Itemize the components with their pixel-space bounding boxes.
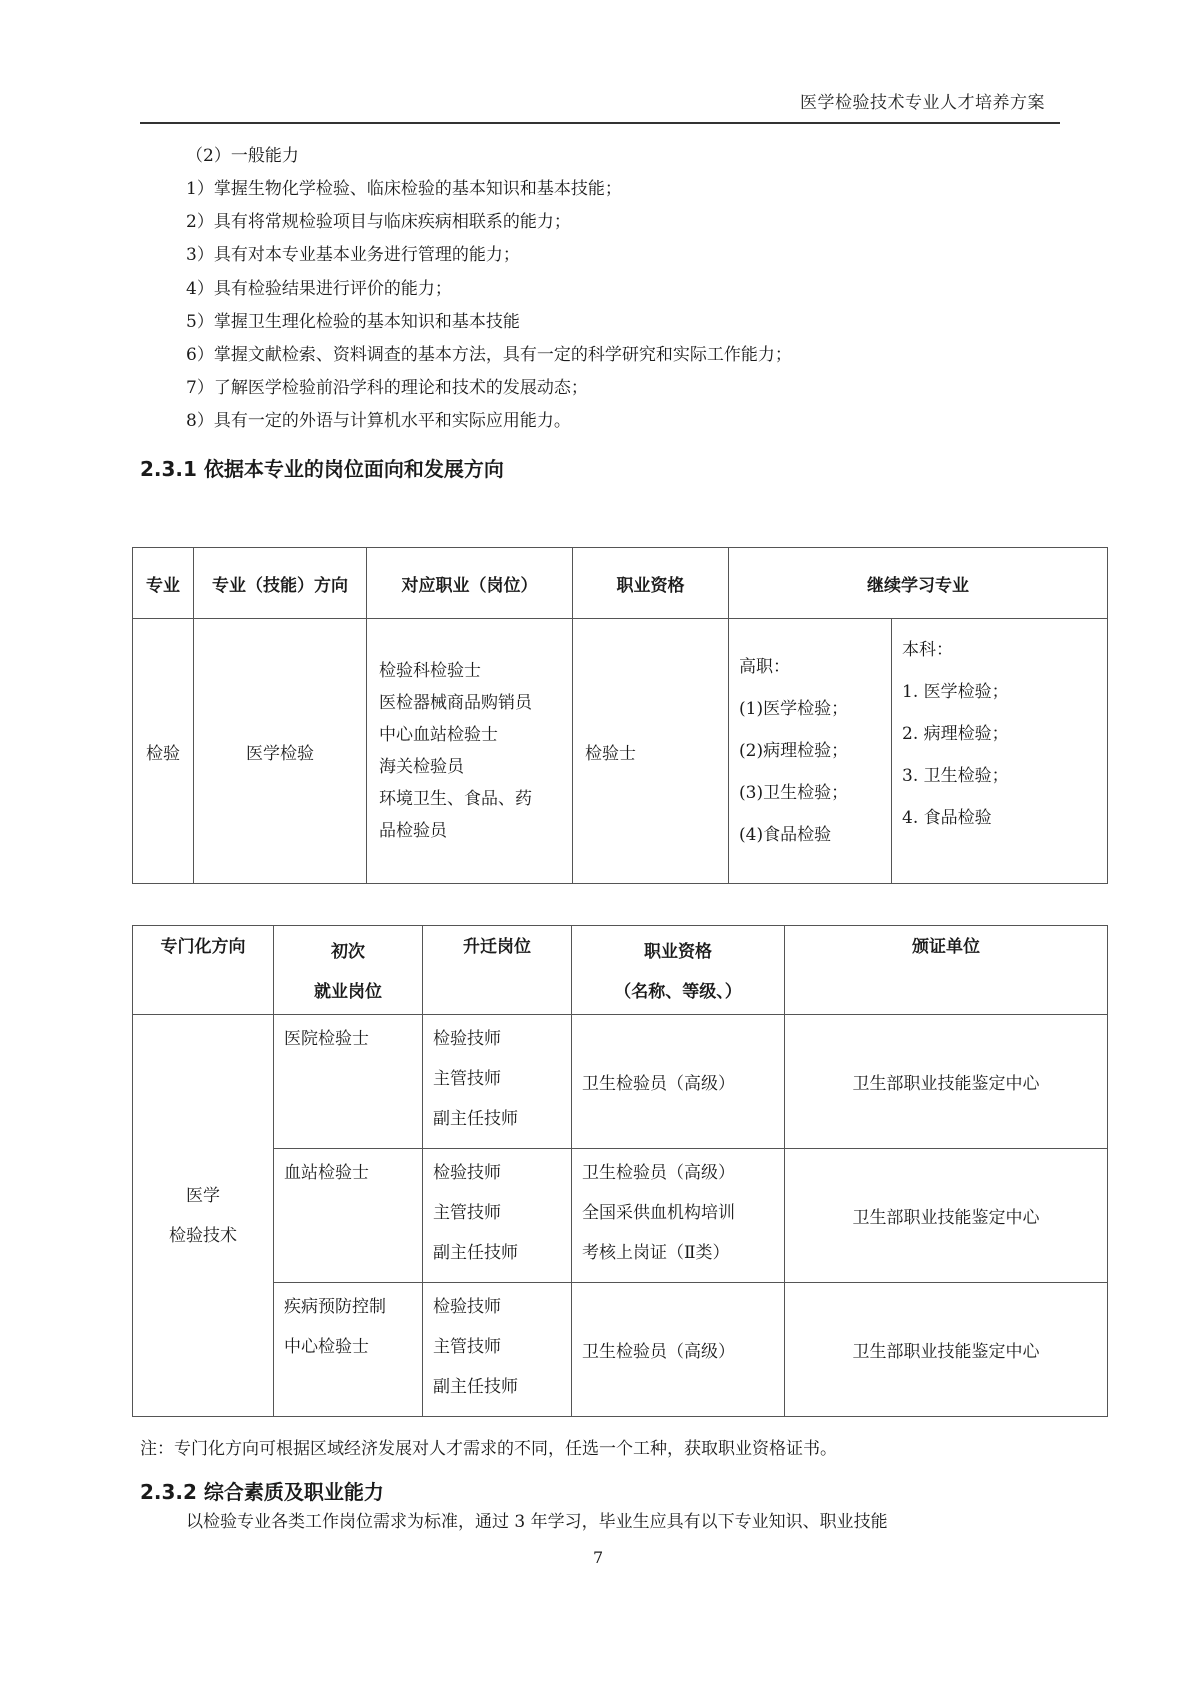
cell-promotion: 检验技师 主管技师 副主任技师 [423,1283,572,1417]
promotion-line: 检验技师 [433,1287,571,1327]
ability-item: 3）具有对本专业基本业务进行管理的能力； [186,245,520,265]
col-header-initial-job: 初次 就业岗位 [274,926,423,1015]
vocational-line: 高职： [739,646,891,688]
table-note: 注：专门化方向可根据区域经济发展对人才需求的不同，任选一个工种，获取职业资格证书… [140,1434,837,1459]
cell-jobs: 检验科检验士 医检器械商品购销员 中心血站检验士 海关检验员 环境卫生、食品、药… [367,619,573,884]
job-line: 检验科检验士 [379,655,572,687]
header-divider [140,122,1060,124]
section-heading-231: 2.3.1 依据本专业的岗位面向和发展方向 [140,453,504,482]
cell-specialization: 医学 检验技术 [133,1015,274,1417]
section-heading-232: 2.3.2 综合素质及职业能力 [140,1476,384,1505]
vocational-line: (2)病理检验； [739,730,891,772]
header-line: 就业岗位 [274,972,422,1012]
undergraduate-line: 3. 卫生检验； [902,755,1107,797]
career-direction-table: 专业 专业（技能）方向 对应职业（岗位） 职业资格 继续学习专业 检验 医学检验… [132,547,1108,884]
cell-vocational: 高职： (1)医学检验； (2)病理检验； (3)卫生检验； (4)食品检验 [729,619,892,884]
cell-issuer: 卫生部职业技能鉴定中心 [785,1149,1108,1283]
promotion-line: 副主任技师 [433,1367,571,1407]
specialization-line: 医学 [133,1176,273,1216]
initial-job-line: 中心检验士 [284,1327,422,1367]
table-row: 检验 医学检验 检验科检验士 医检器械商品购销员 中心血站检验士 海关检验员 环… [133,619,1108,884]
table-header-row: 专门化方向 初次 就业岗位 升迁岗位 职业资格 （名称、等级、） 颁证单位 [133,926,1108,1015]
table-header-row: 专业 专业（技能）方向 对应职业（岗位） 职业资格 继续学习专业 [133,548,1108,619]
job-line: 医检器械商品购销员 [379,687,572,719]
col-header-issuer: 颁证单位 [785,926,1108,1015]
job-line: 中心血站检验士 [379,719,572,751]
undergraduate-line: 4. 食品检验 [902,797,1107,839]
initial-job-line: 医院检验士 [284,1019,422,1059]
promotion-line: 副主任技师 [433,1099,571,1139]
initial-job-line: 疾病预防控制 [284,1287,422,1327]
job-line: 海关检验员 [379,751,572,783]
ability-item: 7）了解医学检验前沿学科的理论和技术的发展动态； [186,378,588,398]
ability-item: 1）掌握生物化学检验、临床检验的基本知识和基本技能； [186,179,622,199]
cell-issuer: 卫生部职业技能鉴定中心 [785,1015,1108,1149]
undergraduate-line: 2. 病理检验； [902,713,1107,755]
cell-initial-job: 疾病预防控制 中心检验士 [274,1283,423,1417]
undergraduate-line: 1. 医学检验； [902,671,1107,713]
cell-qualification: 检验士 [573,619,729,884]
col-header-further-study: 继续学习专业 [729,548,1108,619]
vocational-line: (3)卫生检验； [739,772,891,814]
ability-item: 4）具有检验结果进行评价的能力； [186,279,452,299]
cell-qualification: 卫生检验员（高级） [572,1015,785,1149]
col-header-major: 专业 [133,548,194,619]
promotion-line: 主管技师 [433,1327,571,1367]
promotion-line: 检验技师 [433,1153,571,1193]
promotion-line: 检验技师 [433,1019,571,1059]
col-header-promotion: 升迁岗位 [423,926,572,1015]
ability-item: 8）具有一定的外语与计算机水平和实际应用能力。 [186,411,571,431]
col-header-jobs: 对应职业（岗位） [367,548,573,619]
table-row: 疾病预防控制 中心检验士 检验技师 主管技师 副主任技师 卫生检验员（高级） 卫… [133,1283,1108,1417]
ability-item: 2）具有将常规检验项目与临床疾病相联系的能力； [186,212,571,232]
cell-undergraduate: 本科： 1. 医学检验； 2. 病理检验； 3. 卫生检验； 4. 食品检验 [892,619,1108,884]
cell-initial-job: 血站检验士 [274,1149,423,1283]
header-line: 初次 [274,932,422,972]
cell-direction: 医学检验 [194,619,367,884]
col-header-qualification: 职业资格 [573,548,729,619]
cell-issuer: 卫生部职业技能鉴定中心 [785,1283,1108,1417]
col-header-qualification: 职业资格 （名称、等级、） [572,926,785,1015]
table-row: 血站检验士 检验技师 主管技师 副主任技师 卫生检验员（高级） 全国采供血机构培… [133,1149,1108,1283]
job-line: 品检验员 [379,815,572,847]
specialization-table: 专门化方向 初次 就业岗位 升迁岗位 职业资格 （名称、等级、） 颁证单位 医学… [132,925,1108,1417]
col-header-specialization: 专门化方向 [133,926,274,1015]
cell-promotion: 检验技师 主管技师 副主任技师 [423,1149,572,1283]
vocational-line: (4)食品检验 [739,814,891,856]
ability-item: 5）掌握卫生理化检验的基本知识和基本技能 [186,312,520,332]
running-header-title: 医学检验技术专业人才培养方案 [800,88,1045,113]
vocational-line: (1)医学检验； [739,688,891,730]
specialization-line: 检验技术 [133,1216,273,1256]
table-row: 医学 检验技术 医院检验士 检验技师 主管技师 副主任技师 卫生检验员（高级） … [133,1015,1108,1149]
header-line: 职业资格 [572,932,784,972]
cell-initial-job: 医院检验士 [274,1015,423,1149]
initial-job-line: 血站检验士 [284,1153,422,1193]
cell-major: 检验 [133,619,194,884]
undergraduate-line: 本科： [902,629,1107,671]
cell-qualification: 卫生检验员（高级） 全国采供血机构培训 考核上岗证（Ⅱ类） [572,1149,785,1283]
col-header-direction: 专业（技能）方向 [194,548,367,619]
job-line: 环境卫生、食品、药 [379,783,572,815]
cell-qualification: 卫生检验员（高级） [572,1283,785,1417]
promotion-line: 主管技师 [433,1059,571,1099]
page-number: 7 [593,1548,603,1567]
qualification-line: 考核上岗证（Ⅱ类） [582,1233,784,1273]
header-line: （名称、等级、） [572,972,784,1012]
ability-item: 6）掌握文献检索、资料调查的基本方法，具有一定的科学研究和实际工作能力； [186,345,792,365]
general-ability-heading: （2）一般能力 [186,146,299,166]
qualification-line: 全国采供血机构培训 [582,1193,784,1233]
cell-promotion: 检验技师 主管技师 副主任技师 [423,1015,572,1149]
qualification-line: 卫生检验员（高级） [582,1153,784,1193]
promotion-line: 副主任技师 [433,1233,571,1273]
promotion-line: 主管技师 [433,1193,571,1233]
section-body-paragraph: 以检验专业各类工作岗位需求为标准，通过 3 年学习，毕业生应具有以下专业知识、职… [186,1512,888,1532]
